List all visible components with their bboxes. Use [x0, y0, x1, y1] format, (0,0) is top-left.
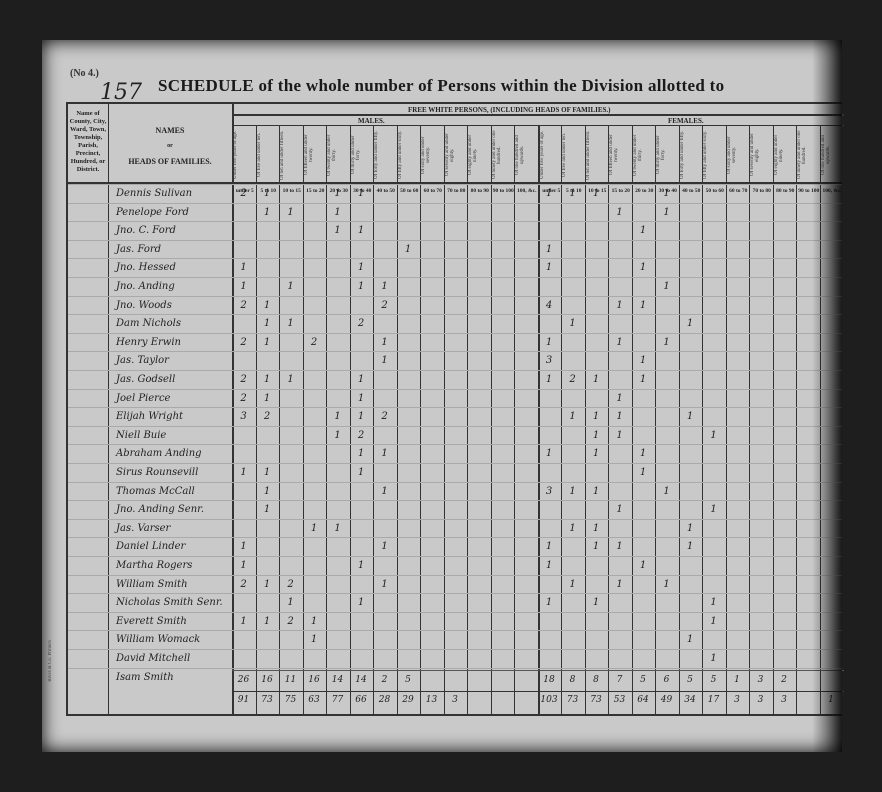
- column-description: Of eighty and under ninety.: [468, 130, 492, 180]
- female-count: 1: [702, 430, 725, 441]
- totals-row: 2616111614142591737563776628291331888756…: [232, 670, 844, 715]
- female-count: 1: [702, 597, 725, 608]
- column-description: Of thirty and under forty.: [656, 130, 680, 180]
- female-count: 1: [538, 597, 561, 608]
- male-count: 2: [232, 374, 255, 385]
- table-row: Sirus Rounsevill1111: [68, 463, 842, 483]
- table-row: Nicholas Smith Senr.11111: [68, 593, 842, 613]
- male-count: 1: [326, 411, 349, 422]
- female-count: 4: [538, 300, 561, 311]
- male-count: 1: [326, 523, 349, 534]
- female-count: 1: [608, 337, 631, 348]
- male-count: 2: [279, 616, 302, 627]
- female-count: 1: [561, 523, 584, 534]
- male-count: 1: [256, 374, 279, 385]
- female-count: 1: [608, 393, 631, 404]
- column-range: 100, &c.: [821, 188, 845, 194]
- male-count: 1: [256, 300, 279, 311]
- male-count: 1: [350, 188, 373, 199]
- male-count: 1: [303, 616, 326, 627]
- total-value: 16: [303, 675, 326, 685]
- table-row: Abraham Anding11111: [68, 444, 842, 464]
- column-description: Under five years of age.: [233, 130, 257, 180]
- total-value: 91: [232, 695, 255, 705]
- total-value: 34: [679, 695, 702, 705]
- male-count: 1: [373, 281, 396, 292]
- male-count: 1: [350, 262, 373, 273]
- male-count: 1: [279, 281, 302, 292]
- head-of-family-name: Jno. Anding: [116, 281, 175, 292]
- female-count: 1: [702, 616, 725, 627]
- head-of-family-name: Jas. Taylor: [116, 355, 169, 366]
- male-count: 1: [350, 448, 373, 459]
- head-of-family-name: Abraham Anding: [116, 448, 202, 459]
- head-of-family-name: Elijah Wright: [116, 411, 183, 422]
- male-count: 1: [326, 430, 349, 441]
- head-of-family-name: Dennis Sulivan: [116, 188, 192, 199]
- male-count: 2: [256, 411, 279, 422]
- county-header: Name of County, City, Ward, Town, Townsh…: [68, 110, 108, 174]
- total-value: 16: [256, 675, 279, 685]
- total-value: 11: [279, 675, 302, 685]
- female-count: 1: [655, 281, 678, 292]
- female-count: 1: [585, 486, 608, 497]
- total-value: 7: [608, 675, 631, 685]
- head-of-family-name: Henry Erwin: [116, 337, 181, 348]
- male-count: 1: [350, 467, 373, 478]
- head-of-family-name: Isam Smith: [116, 672, 174, 683]
- male-count: 3: [232, 411, 255, 422]
- total-value: 77: [326, 695, 349, 705]
- total-value: 3: [773, 695, 796, 705]
- table-row: Daniel Linder111111: [68, 537, 842, 557]
- total-value: 2: [373, 675, 396, 685]
- table-row: Dennis Sulivan21111111: [68, 184, 842, 204]
- total-value: 64: [632, 695, 655, 705]
- female-count: 2: [561, 374, 584, 385]
- head-of-family-name: Jno. Hessed: [116, 262, 176, 273]
- female-count: 1: [679, 318, 702, 329]
- total-value: 17: [702, 695, 725, 705]
- head-of-family-name: David Mitchell: [116, 653, 190, 664]
- male-count: 2: [232, 337, 255, 348]
- total-value: 73: [561, 695, 584, 705]
- male-count: 2: [232, 300, 255, 311]
- head-of-family-name: Niell Buie: [116, 430, 166, 441]
- female-count: 1: [655, 188, 678, 199]
- male-count: 1: [326, 225, 349, 236]
- female-count: 1: [655, 337, 678, 348]
- female-count: 1: [585, 374, 608, 385]
- female-count: 1: [679, 541, 702, 552]
- male-count: 1: [256, 616, 279, 627]
- page-title: SCHEDULE of the whole number of Persons …: [158, 76, 724, 96]
- total-value: 14: [350, 675, 373, 685]
- head-of-family-name: Jas. Varser: [116, 523, 170, 534]
- female-count: 1: [538, 244, 561, 255]
- total-value: 3: [749, 695, 772, 705]
- total-value: 5: [397, 675, 420, 685]
- table-row: Everett Smith11211: [68, 612, 842, 632]
- column-description: Of fifteen and under twenty.: [304, 130, 328, 180]
- table-row: Jno. Anding11111: [68, 277, 842, 297]
- column-description: Of forty and under fifty.: [374, 130, 398, 180]
- head-of-family-name: Dam Nichols: [116, 318, 181, 329]
- female-count: 3: [538, 486, 561, 497]
- female-count: 1: [679, 411, 702, 422]
- total-value: 3: [444, 695, 467, 705]
- male-count: 1: [256, 318, 279, 329]
- female-count: 1: [608, 207, 631, 218]
- female-count: 1: [561, 318, 584, 329]
- female-count: 1: [538, 541, 561, 552]
- female-count: 1: [632, 262, 655, 273]
- female-count: 1: [561, 486, 584, 497]
- total-value: 5: [632, 675, 655, 685]
- total-value: 26: [232, 675, 255, 685]
- male-count: 2: [232, 393, 255, 404]
- table-row: Henry Erwin2121111: [68, 333, 842, 353]
- total-value: 18: [538, 675, 561, 685]
- total-value: 1: [820, 695, 843, 705]
- head-of-family-name: Jno. C. Ford: [116, 225, 176, 236]
- female-count: 1: [561, 579, 584, 590]
- total-value: 103: [538, 695, 561, 705]
- male-count: 1: [350, 560, 373, 571]
- male-count: 1: [256, 467, 279, 478]
- female-age-column: Of one hundred and upwards.100, &c.: [820, 126, 845, 716]
- table-row: Elijah Wright321121111: [68, 407, 842, 427]
- male-count: 1: [256, 188, 279, 199]
- female-count: 1: [655, 207, 678, 218]
- column-description: Of ten and under fifteen.: [280, 130, 304, 180]
- total-value: 5: [679, 675, 702, 685]
- female-count: 1: [702, 653, 725, 664]
- head-of-family-name: Martha Rogers: [116, 560, 192, 571]
- head-of-family-name: Joel Pierce: [116, 393, 170, 404]
- names-header-heads: HEADS OF FAMILIES.: [128, 157, 211, 166]
- female-count: 1: [538, 262, 561, 273]
- table-row: William Womack11: [68, 630, 842, 650]
- table-row: Martha Rogers1111: [68, 556, 842, 576]
- head-of-family-name: Penelope Ford: [116, 207, 189, 218]
- male-count: 1: [326, 207, 349, 218]
- female-count: 1: [538, 337, 561, 348]
- table-row: Niell Buie12111: [68, 426, 842, 446]
- male-count: 1: [279, 207, 302, 218]
- female-count: 1: [608, 411, 631, 422]
- male-count: 1: [350, 374, 373, 385]
- female-count: 1: [585, 411, 608, 422]
- male-count: 2: [373, 300, 396, 311]
- names-header-or: or: [108, 143, 232, 149]
- census-page: (No 4.) 157 SCHEDULE of the whole number…: [42, 40, 842, 752]
- female-count: 1: [702, 504, 725, 515]
- table-row: Jno. C. Ford111: [68, 221, 842, 241]
- male-count: 1: [232, 467, 255, 478]
- male-count: 1: [373, 355, 396, 366]
- table-row: Jas. Godsell21111211: [68, 370, 842, 390]
- male-count: 1: [256, 486, 279, 497]
- totals-divider: [232, 691, 844, 692]
- head-of-family-name: Jno. Woods: [116, 300, 172, 311]
- total-value: 5: [702, 675, 725, 685]
- table-row: Thomas McCall113111: [68, 482, 842, 502]
- total-value: 2: [773, 675, 796, 685]
- female-count: 1: [632, 374, 655, 385]
- table-row: Jas. Taylor131: [68, 351, 842, 371]
- column-description: Of ninety and under one hundred.: [797, 130, 821, 180]
- total-value: 28: [373, 695, 396, 705]
- table-row: Jno. Anding Senr.111: [68, 500, 842, 520]
- female-count: 1: [632, 225, 655, 236]
- table-row: Penelope Ford11111: [68, 203, 842, 223]
- table-row: David Mitchell1: [68, 649, 842, 669]
- total-value: 63: [303, 695, 326, 705]
- table-row: Jno. Woods212411: [68, 296, 842, 316]
- male-count: 1: [279, 318, 302, 329]
- male-count: 1: [256, 207, 279, 218]
- total-value: 6: [655, 675, 678, 685]
- table-row: William Smith2121111: [68, 575, 842, 595]
- column-description: Of twenty and under thirty.: [327, 130, 351, 180]
- column-description: Of seventy and under eighty.: [750, 130, 774, 180]
- male-count: 1: [373, 579, 396, 590]
- column-description: Of one hundred and upwards.: [821, 130, 845, 180]
- head-of-family-name: Everett Smith: [116, 616, 187, 627]
- male-count: 1: [232, 616, 255, 627]
- female-count: 1: [632, 560, 655, 571]
- male-count: 1: [303, 634, 326, 645]
- male-count: 1: [326, 188, 349, 199]
- female-count: 1: [655, 486, 678, 497]
- column-description: Of ninety and under one hundred.: [492, 130, 516, 180]
- male-count: 2: [232, 579, 255, 590]
- head-of-family-name: William Smith: [116, 579, 188, 590]
- male-count: 2: [373, 411, 396, 422]
- female-count: 1: [608, 430, 631, 441]
- form-number: (No 4.): [70, 68, 99, 79]
- female-count: 1: [538, 560, 561, 571]
- male-count: 1: [373, 448, 396, 459]
- table-row: Jas. Ford11: [68, 240, 842, 260]
- male-count: 2: [350, 430, 373, 441]
- male-count: 1: [350, 411, 373, 422]
- female-count: 1: [561, 411, 584, 422]
- female-count: 1: [608, 541, 631, 552]
- total-value: 8: [561, 675, 584, 685]
- male-count: 2: [232, 188, 255, 199]
- total-value: 66: [350, 695, 373, 705]
- column-description: Of sixty and under seventy.: [727, 130, 751, 180]
- total-value: 3: [726, 695, 749, 705]
- female-count: 3: [538, 355, 561, 366]
- male-count: 1: [397, 244, 420, 255]
- male-count: 2: [279, 579, 302, 590]
- female-count: 1: [585, 597, 608, 608]
- table-row: Dam Nichols11211: [68, 314, 842, 334]
- head-of-family-name: Daniel Linder: [116, 541, 185, 552]
- total-value: 73: [585, 695, 608, 705]
- head-of-family-name: William Womack: [116, 634, 200, 645]
- column-description: Of fifty and under sixty.: [703, 130, 727, 180]
- column-description: Of five and under ten.: [562, 130, 586, 180]
- total-value: 14: [326, 675, 349, 685]
- male-count: 1: [232, 560, 255, 571]
- female-count: 1: [561, 188, 584, 199]
- female-count: 1: [608, 300, 631, 311]
- female-count: 1: [585, 541, 608, 552]
- male-count: 1: [350, 281, 373, 292]
- table-row: Jno. Hessed1111: [68, 258, 842, 278]
- total-value: 13: [420, 695, 443, 705]
- female-count: 1: [632, 300, 655, 311]
- male-count: 2: [303, 337, 326, 348]
- names-header-title: NAMES: [156, 126, 185, 135]
- male-count: 1: [373, 541, 396, 552]
- column-description: Of one hundred and upwards.: [515, 130, 539, 180]
- female-count: 1: [608, 504, 631, 515]
- table-row: Joel Pierce2111: [68, 389, 842, 409]
- census-table: Name of County, City, Ward, Town, Townsh…: [66, 102, 842, 716]
- male-count: 1: [232, 281, 255, 292]
- column-description: Of forty and under fifty.: [680, 130, 704, 180]
- head-of-family-name: Thomas McCall: [116, 486, 195, 497]
- total-value: 49: [655, 695, 678, 705]
- total-value: 53: [608, 695, 631, 705]
- female-count: 1: [538, 188, 561, 199]
- male-count: 1: [256, 504, 279, 515]
- printer-imprint: Rives & Co. Printers: [48, 640, 53, 682]
- female-count: 1: [632, 467, 655, 478]
- female-count: 1: [679, 634, 702, 645]
- head-of-family-name: Jas. Ford: [116, 244, 161, 255]
- column-description: Under five years of age.: [540, 130, 564, 180]
- male-count: 1: [373, 337, 396, 348]
- column-description: Of ten and under fifteen.: [586, 130, 610, 180]
- female-count: 1: [679, 523, 702, 534]
- head-of-family-name: Nicholas Smith Senr.: [116, 597, 223, 608]
- female-count: 1: [538, 448, 561, 459]
- column-description: Of five and under ten.: [257, 130, 281, 180]
- column-description: Of twenty and under thirty.: [633, 130, 657, 180]
- column-description: Of fifteen and under twenty.: [609, 130, 633, 180]
- column-description: Of seventy and under eighty.: [445, 130, 469, 180]
- male-count: 1: [350, 597, 373, 608]
- male-count: 1: [279, 374, 302, 385]
- total-value: 3: [749, 675, 772, 685]
- head-of-family-name: Jas. Godsell: [116, 374, 175, 385]
- male-count: 1: [373, 486, 396, 497]
- total-value: 1: [726, 675, 749, 685]
- male-count: 1: [303, 523, 326, 534]
- male-count: 1: [256, 337, 279, 348]
- female-count: 1: [632, 355, 655, 366]
- female-count: 1: [585, 448, 608, 459]
- female-count: 1: [608, 579, 631, 590]
- total-value: 73: [256, 695, 279, 705]
- total-value: 8: [585, 675, 608, 685]
- male-count: 1: [279, 597, 302, 608]
- female-count: 1: [585, 523, 608, 534]
- male-count: 1: [256, 393, 279, 404]
- female-count: 1: [632, 448, 655, 459]
- head-of-family-name: Jno. Anding Senr.: [116, 504, 204, 515]
- male-count: 2: [350, 318, 373, 329]
- female-count: 1: [538, 374, 561, 385]
- female-count: 1: [585, 188, 608, 199]
- male-count: 1: [232, 541, 255, 552]
- column-description: Of thirty and under forty.: [351, 130, 375, 180]
- column-description: Of eighty and under ninety.: [774, 130, 798, 180]
- female-count: 1: [655, 579, 678, 590]
- total-value: 29: [397, 695, 420, 705]
- male-count: 1: [350, 393, 373, 404]
- names-header: NAMES or HEADS OF FAMILIES.: [108, 126, 232, 166]
- male-count: 1: [256, 579, 279, 590]
- male-count: 1: [232, 262, 255, 273]
- table-row: Jas. Varser11111: [68, 519, 842, 539]
- column-description: Of sixty and under seventy.: [421, 130, 445, 180]
- column-description: Of fifty and under sixty.: [398, 130, 422, 180]
- head-of-family-name: Sirus Rounsevill: [116, 467, 198, 478]
- total-value: 75: [279, 695, 302, 705]
- male-count: 1: [350, 225, 373, 236]
- female-count: 1: [585, 430, 608, 441]
